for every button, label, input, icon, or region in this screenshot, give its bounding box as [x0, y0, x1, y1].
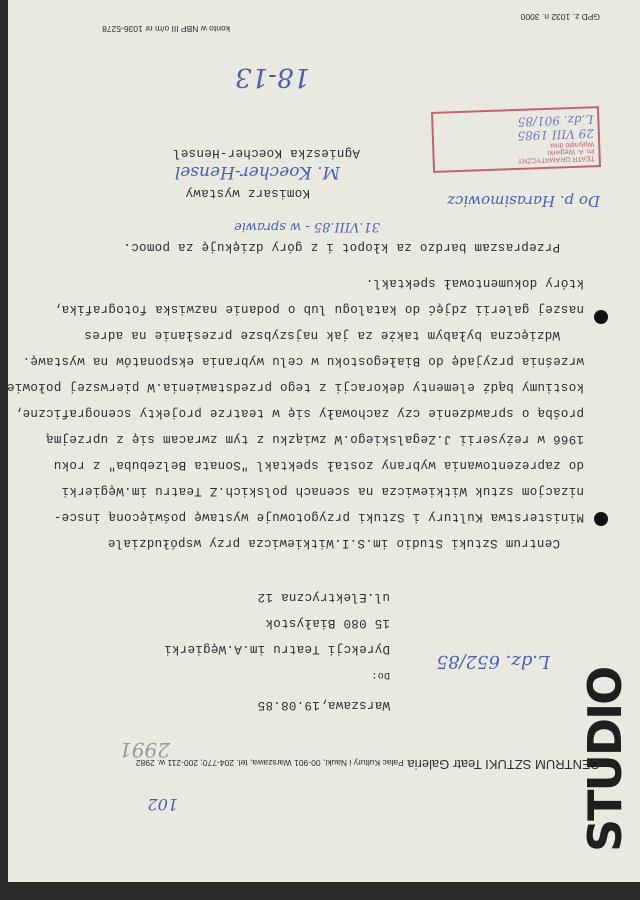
recipient-line: ul.Elektryczna 12	[257, 590, 390, 604]
top-note: 18-13	[235, 62, 310, 92]
recipient-line: 15 080 Białystok	[265, 616, 390, 630]
margin-number: 2991	[119, 738, 170, 762]
body-line: Wdzięczna byłabym także za jak najszybsz…	[84, 328, 560, 342]
handwritten-note: 31.VIII.85 - w sprawie	[234, 219, 380, 234]
handwritten-note: Do p. Harasimowicz	[447, 192, 600, 210]
ref-number: L.dz. 652/85	[437, 651, 550, 672]
body-line: Przepraszam bardzo za kłopot i z góry dz…	[123, 240, 560, 254]
rotated-document: STUDIO CENTRUM SZTUKI Teatr Galeria Pała…	[8, 0, 640, 882]
body-line: Centrum Sztuki Studio im.S.I.Witkiewicza…	[108, 536, 560, 550]
body-line: kostiumy bądź elementy dekoracji z tego …	[7, 380, 584, 394]
to-label: Do:	[371, 669, 390, 680]
body-line: września przyjadę do Białegostoku w celu…	[22, 354, 584, 368]
body-line: który dokumentował spektakl.	[366, 276, 584, 290]
signature-title: Komisarz wystawy	[185, 186, 310, 200]
signature-scrawl: M. Koecher-Hensel	[175, 162, 340, 182]
received-stamp: TEATR DRAMATYCZNY im. A. Węgierki Wpłynę…	[431, 106, 601, 173]
body-line: 1966 w reżyserii J.Zegalskiego.W związku…	[46, 432, 584, 446]
circled-number: 102	[147, 795, 178, 814]
recipient-line: Dyrekcji Teatru im.A.Węgierki	[164, 642, 390, 656]
org-line: CENTRUM SZTUKI Teatr Galeria Pałac Kultu…	[136, 757, 600, 772]
body-line: do zaprezentowania wybrany został spekta…	[54, 458, 584, 472]
body-line: prośbą o sprawdzenie czy zachowały się w…	[15, 406, 585, 420]
letter-date: Warszawa,19.08.85	[257, 698, 390, 712]
bank-account: konto w NBP III o/m nr 1036-5278	[102, 24, 230, 34]
signature-name: Agnieszka Koecher-Hensel	[173, 146, 360, 160]
body-line: naszej galerii zdjęć do katalogu lub o p…	[54, 302, 584, 316]
print-code: GPD z. 1032 n. 3000	[521, 12, 600, 22]
body-line: Ministerstwa Kultury i Sztuki przygotowu…	[54, 510, 584, 524]
body-line: nizacjom sztuk Witkiewicza na scenach po…	[61, 484, 584, 498]
letter-page: STUDIO CENTRUM SZTUKI Teatr Galeria Pała…	[8, 0, 640, 882]
